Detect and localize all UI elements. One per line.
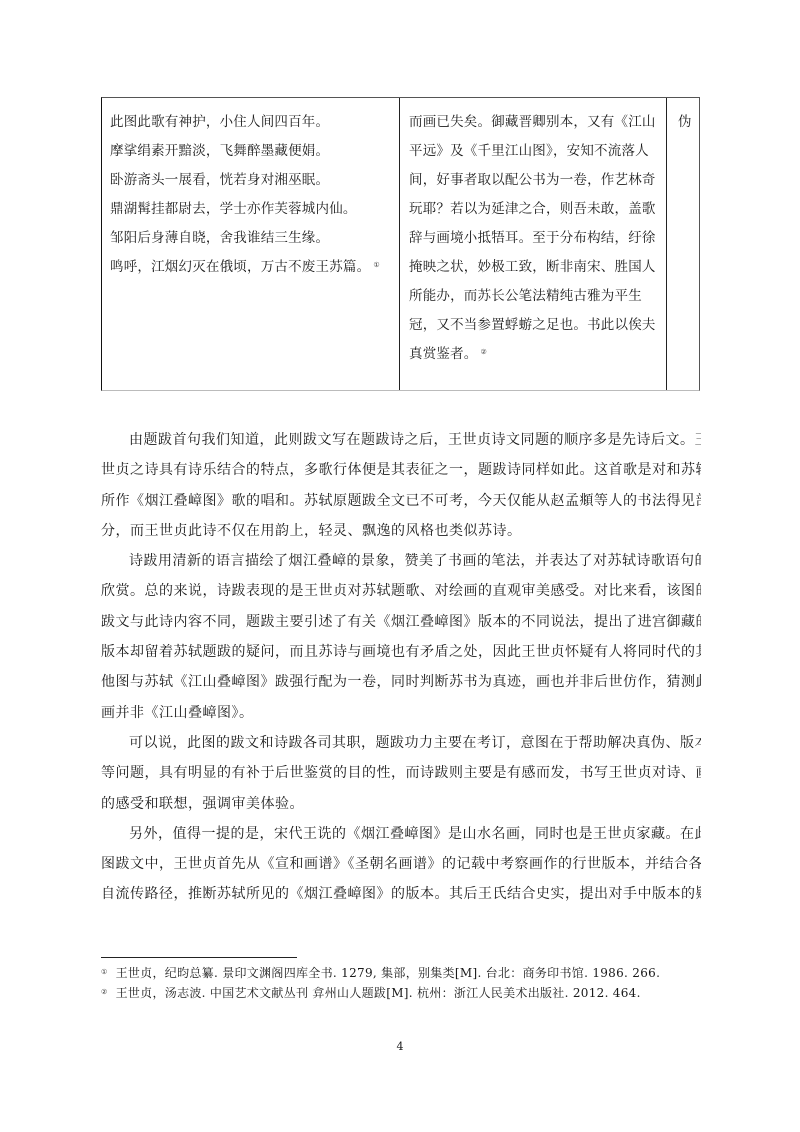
- text-line: 世贞之诗具有诗乐结合的特点，多歌行体便是其表征之一，题跋诗同样如此。这首歌是对和…: [101, 455, 701, 485]
- text-line: 画并非《江山叠嶂图》。: [101, 698, 701, 728]
- footnote-1: ①王世贞，纪昀总纂. 景印文渊阁四库全书. 1279, 集部，别集类[M]. 台…: [101, 963, 701, 983]
- verdict-cell: 伪: [667, 98, 699, 390]
- page-number: 4: [0, 1040, 800, 1053]
- footnote-mark: ②: [101, 988, 108, 996]
- verdict-text: 伪: [678, 108, 692, 137]
- colophon-line: 真赏鉴者。: [409, 346, 478, 362]
- poem-cell: 此图此歌有神护，小住人间四百年。 摩挲绢素开黯淡，飞舞醉墨藏便娟。 卧游斋头一展…: [102, 98, 400, 390]
- colophon-line-last: 真赏鉴者。②: [409, 340, 656, 369]
- poem-line: 此图此歌有神护，小住人间四百年。: [110, 108, 380, 137]
- footnote-ref-2[interactable]: ②: [481, 348, 487, 356]
- document-page: 此图此歌有神护，小住人间四百年。 摩挲绢素开黯淡，飞舞醉墨藏便娟。 卧游斋头一展…: [0, 0, 800, 1132]
- colophon-line: 辞与画境小抵牾耳。至于分布构结，纡徐: [409, 224, 656, 253]
- footnote-text: 王世贞，纪昀总纂. 景印文渊阁四库全书. 1279, 集部，别集类[M]. 台北…: [116, 966, 661, 980]
- text-line: 他图与苏轼《江山叠嶂图》跋强行配为一卷，同时判断苏书为真迹，画也并非后世仿作，猜…: [101, 667, 701, 697]
- body-text: 由题跋首句我们知道，此则跋文写在题跋诗之后，王世贞诗文同题的顺序多是先诗后文。王…: [101, 425, 701, 910]
- poem-line: 邹阳后身薄自晓，舍我谁结三生缘。: [110, 224, 380, 253]
- text-line: 所作《烟江叠嶂图》歌的唱和。苏轼原题跋全文已不可考，今天仅能从赵孟頫等人的书法得…: [101, 486, 701, 516]
- colophon-line: 平远》及《千里江山图》，安知不流落人: [409, 137, 656, 166]
- colophon-line: 所能办，而苏长公笔法精纯古雅为平生: [409, 282, 656, 311]
- colophon-line: 玩耶？若以为延津之合，则吾未敢，盖歌: [409, 195, 656, 224]
- text-line: 可以说，此图的跋文和诗跋各司其职，题跋功力主要在考订，意图在于帮助解决真伪、版本: [101, 728, 701, 758]
- footnotes: ①王世贞，纪昀总纂. 景印文渊阁四库全书. 1279, 集部，别集类[M]. 台…: [101, 963, 701, 1003]
- poem-line: 摩挲绢素开黯淡，飞舞醉墨藏便娟。: [110, 137, 380, 166]
- footnote-mark: ①: [101, 968, 108, 976]
- paragraph-4: 另外，值得一提的是，宋代王诜的《烟江叠嶂图》是山水名画，同时也是王世贞家藏。在此…: [101, 819, 701, 910]
- text-line: 的感受和联想，强调审美体验。: [101, 789, 701, 819]
- poem-line-last: 鸣呼，江烟幻灭在俄顷，万古不废王苏篇。①: [110, 253, 380, 282]
- colophon-table: 此图此歌有神护，小住人间四百年。 摩挲绢素开黯淡，飞舞醉墨藏便娟。 卧游斋头一展…: [101, 97, 700, 391]
- poem-line: 鸣呼，江烟幻灭在俄顷，万古不废王苏篇。: [110, 259, 370, 275]
- paragraph-3: 可以说，此图的跋文和诗跋各司其职，题跋功力主要在考订，意图在于帮助解决真伪、版本…: [101, 728, 701, 819]
- colophon-cell: 而画已失矣。御藏晋卿别本，又有《江山 平远》及《千里江山图》，安知不流落人 间，…: [400, 98, 667, 390]
- footnote-ref-1[interactable]: ①: [373, 261, 379, 269]
- text-line: 版本却留着苏轼题跋的疑问，而且苏诗与画境也有矛盾之处，因此王世贞怀疑有人将同时代…: [101, 637, 701, 667]
- colophon-line: 而画已失矣。御藏晋卿别本，又有《江山: [409, 108, 656, 137]
- text-line: 等问题，具有明显的有补于后世鉴赏的目的性，而诗跋则主要是有感而发，书写王世贞对诗…: [101, 758, 701, 788]
- paragraph-2: 诗跋用清新的语言描绘了烟江叠嶂的景象，赞美了书画的笔法，并表达了对苏轼诗歌语句的…: [101, 546, 701, 728]
- footnote-2: ②王世贞，汤志波. 中国艺术文献丛刊 弇州山人题跋[M]. 杭州：浙江人民美术出…: [101, 983, 701, 1003]
- paragraph-1: 由题跋首句我们知道，此则跋文写在题跋诗之后，王世贞诗文同题的顺序多是先诗后文。王…: [101, 425, 701, 546]
- text-line: 由题跋首句我们知道，此则跋文写在题跋诗之后，王世贞诗文同题的顺序多是先诗后文。王: [101, 425, 701, 455]
- text-line: 跋文与此诗内容不同，题跋主要引述了有关《烟江叠嶂图》版本的不同说法，提出了进宫御…: [101, 607, 701, 637]
- text-line: 另外，值得一提的是，宋代王诜的《烟江叠嶂图》是山水名画，同时也是王世贞家藏。在此: [101, 819, 701, 849]
- text-line: 自流传路径，推断苏轼所见的《烟江叠嶂图》的版本。其后王氏结合史实，提出对手中版本…: [101, 879, 701, 909]
- text-line: 欣赏。总的来说，诗跋表现的是王世贞对苏轼题歌、对绘画的直观审美感受。对比来看，该…: [101, 576, 701, 606]
- footnote-separator: [101, 957, 297, 958]
- footnote-text: 王世贞，汤志波. 中国艺术文献丛刊 弇州山人题跋[M]. 杭州：浙江人民美术出版…: [116, 986, 641, 1000]
- poem-line: 鼎湖髯挂都尉去，学士亦作芙蓉城内仙。: [110, 195, 380, 224]
- colophon-line: 间，好事者取以配公书为一卷，作艺林奇: [409, 166, 656, 195]
- text-line: 图跋文中，王世贞首先从《宣和画谱》《圣朝名画谱》的记载中考察画作的行世版本，并结…: [101, 849, 701, 879]
- poem-line: 卧游斋头一展看，恍若身对湘巫眠。: [110, 166, 380, 195]
- colophon-line: 冠，又不当参置蜉蝣之足也。书此以俟夫: [409, 311, 656, 340]
- colophon-line: 掩映之状，妙极工致，断非南宋、胜国人: [409, 253, 656, 282]
- text-line: 诗跋用清新的语言描绘了烟江叠嶂的景象，赞美了书画的笔法，并表达了对苏轼诗歌语句的: [101, 546, 701, 576]
- text-line: 分，而王世贞此诗不仅在用韵上，轻灵、飘逸的风格也类似苏诗。: [101, 516, 701, 546]
